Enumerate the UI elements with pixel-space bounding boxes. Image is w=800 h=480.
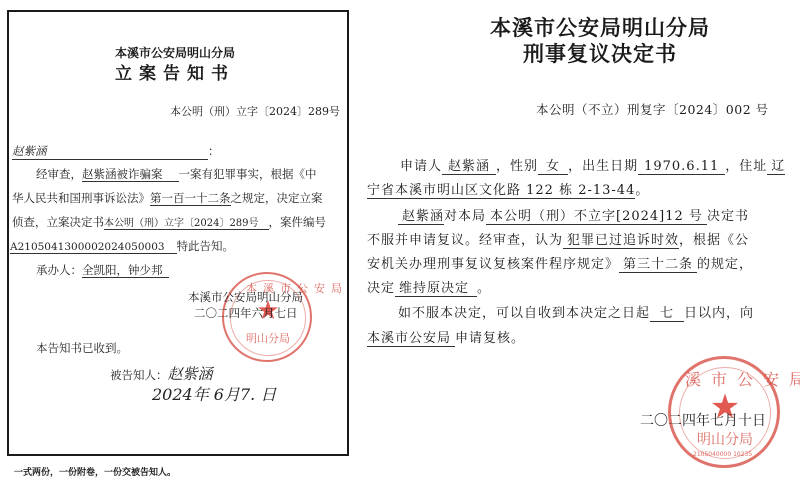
text: 华人民共和国刑事诉讼法》 <box>12 191 150 205</box>
right-para3-line2: 本溪市公安局申请复核。 <box>367 327 525 346</box>
case-name: 赵紫涵被诈骗案 <box>82 167 179 182</box>
recipient-label: 被告知人： <box>110 368 168 382</box>
left-body-line-1: 经审查，赵紫涵被诈骗案一案有犯罪事实，根据《中 <box>36 166 317 182</box>
right-para3-line1: 如不服本决定，可以自收到本决定之日起七日以内，向 <box>398 302 754 321</box>
right-para2-line3: 安机关办理刑事复议复核案件程序规定》第三十二条的规定， <box>367 253 753 272</box>
case-number: A2105041300002024050003 <box>10 241 177 254</box>
decision: 维持原决定 <box>395 281 477 297</box>
text: 一案有犯罪事实，根据《中 <box>179 167 317 181</box>
right-para2-line2: 不服并申请复议。经审查，认为犯罪已过追诉时效，根据《公 <box>367 229 749 248</box>
right-reference-number: 本公明（不立）刑复字〔2024〕002 号 <box>536 100 769 118</box>
right-para2-line4: 决定维持原决定。 <box>367 277 491 296</box>
colon: ： <box>208 144 220 158</box>
right-para2-line1: 赵紫涵对本局本公明（刑）不立字[2024]12 号决定书 <box>398 205 749 224</box>
left-body-line-2: 华人民共和国刑事诉讼法》第一百一十二条之规定，决定立案 <box>12 190 323 206</box>
text: 申请复核。 <box>455 331 525 346</box>
left-signature-date: 二〇二四年六月七日 <box>194 305 298 321</box>
text: 的规定， <box>697 257 753 272</box>
decision-ref: 本公明（刑）不立字[2024]12 号 <box>486 209 707 225</box>
left-body-line-3: 侦查，立案决定书本公明（刑）立字〔2024〕289号，案件编号 <box>12 214 326 230</box>
text: 。 <box>635 183 649 198</box>
gender: 女 <box>538 159 568 175</box>
handlers: 全凯阳，钟少邦 <box>82 263 169 278</box>
left-recipient-line: 被告知人：赵紫涵 <box>110 363 213 384</box>
right-para1-line1: 申请人赵紫涵，性别女，出生日期1970.6.11，住址辽 <box>400 155 785 174</box>
text: 如不服本决定，可以自收到本决定之日起 <box>398 306 650 321</box>
subject: 赵紫涵 <box>398 209 444 225</box>
address-line2: 宁省本溪市明山区文化路 122 栋 2-13-44 <box>367 183 635 199</box>
applicant: 赵紫涵 <box>442 159 496 175</box>
left-body-line-4: A2105041300002024050003特此告知。 <box>10 238 234 254</box>
reason: 犯罪已过追诉时效 <box>563 233 679 249</box>
left-addressee-line: 赵紫涵： <box>12 143 220 160</box>
authority: 本溪市公安局 <box>367 331 455 347</box>
seal-bottom-text: 明山分局 <box>246 330 290 346</box>
text: 经审查， <box>36 167 82 181</box>
left-addressee: 赵紫涵 <box>12 143 208 160</box>
text: 日以内，向 <box>684 306 754 321</box>
seal-serial: 2105040000 10235 <box>693 451 752 458</box>
article: 第一百一十二条 <box>150 191 231 206</box>
text: ，性别 <box>496 159 538 174</box>
left-signature-org: 本溪市公安局明山分局 <box>188 289 303 305</box>
text: 特此告知。 <box>177 239 235 253</box>
text: 之规定，决定立案 <box>231 191 323 205</box>
seal-bottom-text: 明山分局 <box>697 429 753 449</box>
text: 对本局 <box>444 209 486 224</box>
left-footer-note: 一式两份，一份附卷，一份交被告知人。 <box>14 465 176 478</box>
recipient-signature: 赵紫涵 <box>168 365 213 383</box>
text: 决定 <box>367 281 395 296</box>
left-handlers-line: 承办人：全凯阳，钟少邦 <box>36 262 169 278</box>
text: ，根据《公 <box>679 233 749 248</box>
text: ，出生日期 <box>568 159 638 174</box>
right-signature-date: 二〇二四年七月十日 <box>640 410 766 430</box>
text: 决定书 <box>707 209 749 224</box>
text: 不服并申请复议。经审查，认为 <box>367 233 563 248</box>
right-para1-line2: 宁省本溪市明山区文化路 122 栋 2-13-44。 <box>367 179 649 198</box>
decision-number: 本公明（刑）立字〔2024〕289号 <box>104 218 269 230</box>
article: 第三十二条 <box>619 257 697 273</box>
dob: 1970.6.11 <box>638 159 725 175</box>
text: ，案件编号 <box>269 215 327 229</box>
text: 安机关办理刑事复议复核案件程序规定》 <box>367 257 619 272</box>
text: 侦查，立案决定书 <box>12 215 104 229</box>
text: 。 <box>477 281 491 296</box>
left-reference-number: 本公明（刑）立字〔2024〕289号 <box>170 103 344 119</box>
left-title: 立案告知书 <box>0 59 350 84</box>
right-title: 刑事复议决定书 <box>400 38 800 68</box>
days: 七 <box>650 306 684 322</box>
handwritten-date: 2024年 6月7. 日 <box>152 382 276 405</box>
address-line1: 辽 <box>767 159 785 175</box>
handlers-label: 承办人： <box>36 263 82 277</box>
text: ，住址 <box>725 159 767 174</box>
left-receipt-text: 本告知书已收到。 <box>36 340 128 356</box>
text: 申请人 <box>400 159 442 174</box>
